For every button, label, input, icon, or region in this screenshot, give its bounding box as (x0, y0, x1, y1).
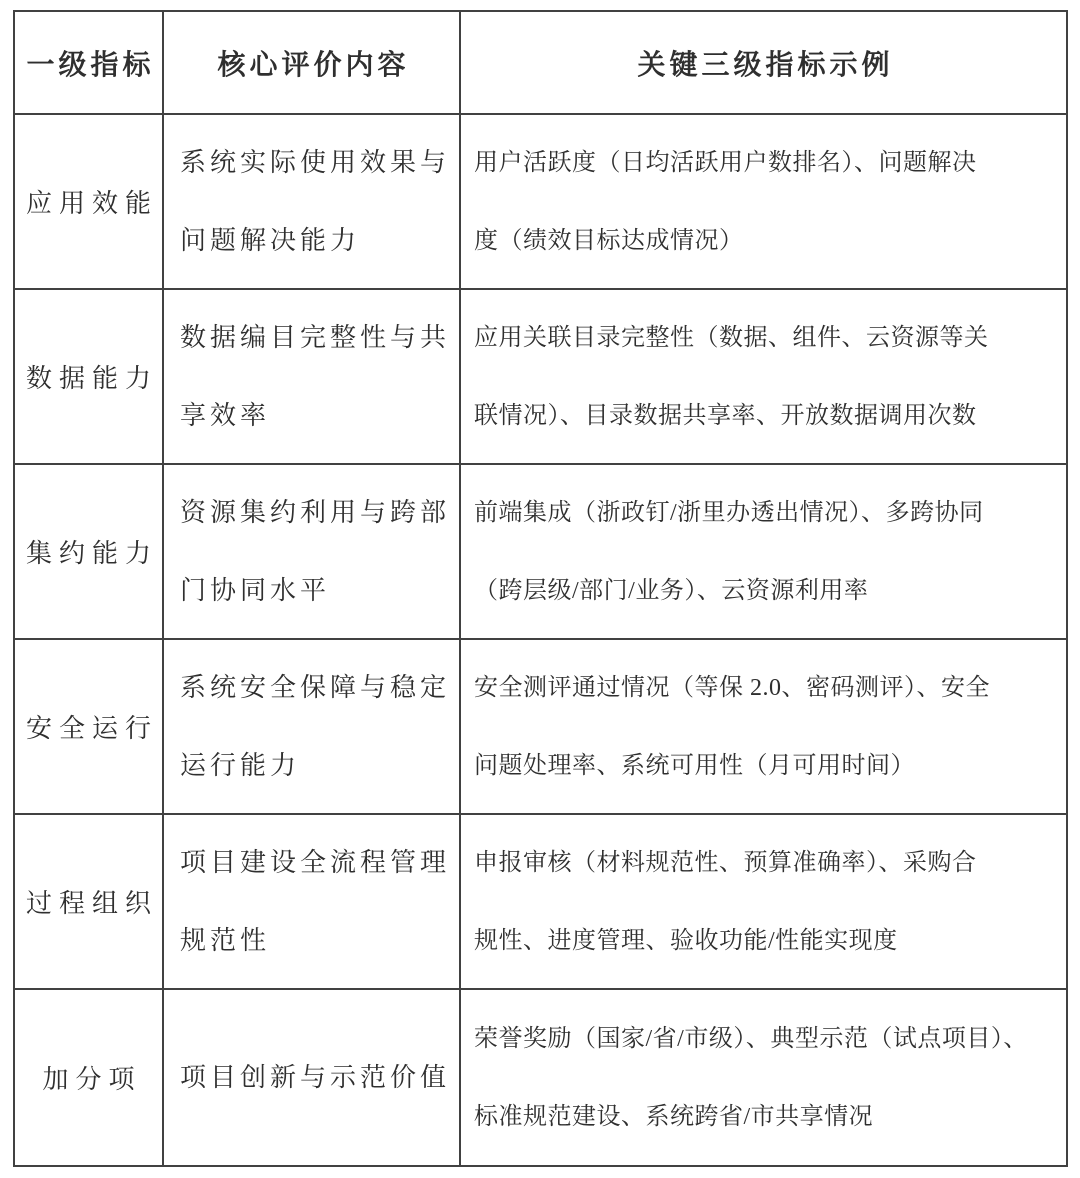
content-cell: 系统实际使用效果与 问题解决能力 (164, 115, 461, 290)
cell-text: 应用关联目录完整性（数据、组件、云资源等关 (474, 299, 1062, 377)
content-cell: 资源集约利用与跨部 门协同水平 (164, 465, 461, 640)
cell-text: 运行能力 (180, 727, 459, 805)
table-row: 安全运行 系统安全保障与稳定 运行能力 安全测评通过情况（等保 2.0、密码测评… (15, 640, 1066, 815)
cell-text: 过程组织 (19, 883, 158, 920)
examples-cell: 安全测评通过情况（等保 2.0、密码测评）、安全 问题处理率、系统可用性（月可用… (461, 640, 1066, 815)
table-row: 数据能力 数据编目完整性与共 享效率 应用关联目录完整性（数据、组件、云资源等关… (15, 290, 1066, 465)
cell-text: 集约能力 (19, 533, 158, 570)
cell-text: 安全测评通过情况（等保 2.0、密码测评）、安全 (474, 649, 1062, 727)
examples-cell: 用户活跃度（日均活跃用户数排名）、问题解决 度（绩效目标达成情况） (461, 115, 1066, 290)
cell-text: 申报审核（材料规范性、预算准确率）、采购合 (474, 824, 1062, 902)
level1-cell: 集约能力 (15, 465, 164, 640)
content-cell: 项目创新与示范价值 (164, 990, 461, 1165)
table-row: 过程组织 项目建设全流程管理 规范性 申报审核（材料规范性、预算准确率）、采购合… (15, 815, 1066, 990)
header-core-content: 核心评价内容 (164, 12, 461, 115)
examples-cell: 荣誉奖励（国家/省/市级）、典型示范（试点项目）、 标准规范建设、系统跨省/市共… (461, 990, 1066, 1165)
level1-cell: 安全运行 (15, 640, 164, 815)
content-cell: 系统安全保障与稳定 运行能力 (164, 640, 461, 815)
cell-text: 享效率 (180, 377, 459, 455)
level1-cell: 加分项 (15, 990, 164, 1165)
cell-text: 加分项 (35, 1059, 141, 1096)
cell-text: 标准规范建设、系统跨省/市共享情况 (474, 1078, 1062, 1156)
cell-text: 应用效能 (19, 183, 158, 220)
cell-text: 规范性 (180, 902, 459, 980)
cell-text: 规性、进度管理、验收功能/性能实现度 (474, 902, 1062, 980)
table-row: 应用效能 系统实际使用效果与 问题解决能力 用户活跃度（日均活跃用户数排名）、问… (15, 115, 1066, 290)
level1-cell: 数据能力 (15, 290, 164, 465)
examples-cell: 应用关联目录完整性（数据、组件、云资源等关 联情况）、目录数据共享率、开放数据调… (461, 290, 1066, 465)
cell-text: 联情况）、目录数据共享率、开放数据调用次数 (474, 377, 1062, 455)
cell-text: 系统安全保障与稳定 (180, 649, 459, 727)
table-row: 集约能力 资源集约利用与跨部 门协同水平 前端集成（浙政钉/浙里办透出情况）、多… (15, 465, 1066, 640)
cell-text: 项目建设全流程管理 (180, 824, 459, 902)
examples-cell: 前端集成（浙政钉/浙里办透出情况）、多跨协同 （跨层级/部门/业务）、云资源利用… (461, 465, 1066, 640)
cell-text: 资源集约利用与跨部 (180, 474, 459, 552)
cell-text: 荣誉奖励（国家/省/市级）、典型示范（试点项目）、 (474, 1000, 1062, 1078)
cell-text: 数据编目完整性与共 (180, 299, 459, 377)
table-header-row: 一级指标 核心评价内容 关键三级指标示例 (15, 12, 1066, 115)
content-cell: 项目建设全流程管理 规范性 (164, 815, 461, 990)
level1-cell: 过程组织 (15, 815, 164, 990)
header-label: 一级指标 (22, 43, 154, 83)
cell-text: 问题解决能力 (180, 202, 459, 280)
header-level1-indicator: 一级指标 (15, 12, 164, 115)
content-cell: 数据编目完整性与共 享效率 (164, 290, 461, 465)
cell-text: 问题处理率、系统可用性（月可用时间） (474, 727, 1062, 805)
cell-text: 系统实际使用效果与 (180, 124, 459, 202)
cell-text: 用户活跃度（日均活跃用户数排名）、问题解决 (474, 124, 1062, 202)
cell-text: 门协同水平 (180, 552, 459, 630)
header-label: 核心评价内容 (213, 43, 409, 83)
level1-cell: 应用效能 (15, 115, 164, 290)
cell-text: （跨层级/部门/业务）、云资源利用率 (474, 552, 1062, 630)
cell-text: 项目创新与示范价值 (180, 1039, 459, 1117)
examples-cell: 申报审核（材料规范性、预算准确率）、采购合 规性、进度管理、验收功能/性能实现度 (461, 815, 1066, 990)
indicator-table: 一级指标 核心评价内容 关键三级指标示例 应用效能 系统实际使用效果与 问题解决… (13, 10, 1068, 1167)
table-row: 加分项 项目创新与示范价值 荣誉奖励（国家/省/市级）、典型示范（试点项目）、 … (15, 990, 1066, 1165)
cell-text: 数据能力 (19, 358, 158, 395)
cell-text: 前端集成（浙政钉/浙里办透出情况）、多跨协同 (474, 474, 1062, 552)
header-label: 关键三级指标示例 (633, 43, 893, 83)
header-key-examples: 关键三级指标示例 (461, 12, 1066, 115)
cell-text: 度（绩效目标达成情况） (474, 202, 1062, 280)
cell-text: 安全运行 (19, 708, 158, 745)
